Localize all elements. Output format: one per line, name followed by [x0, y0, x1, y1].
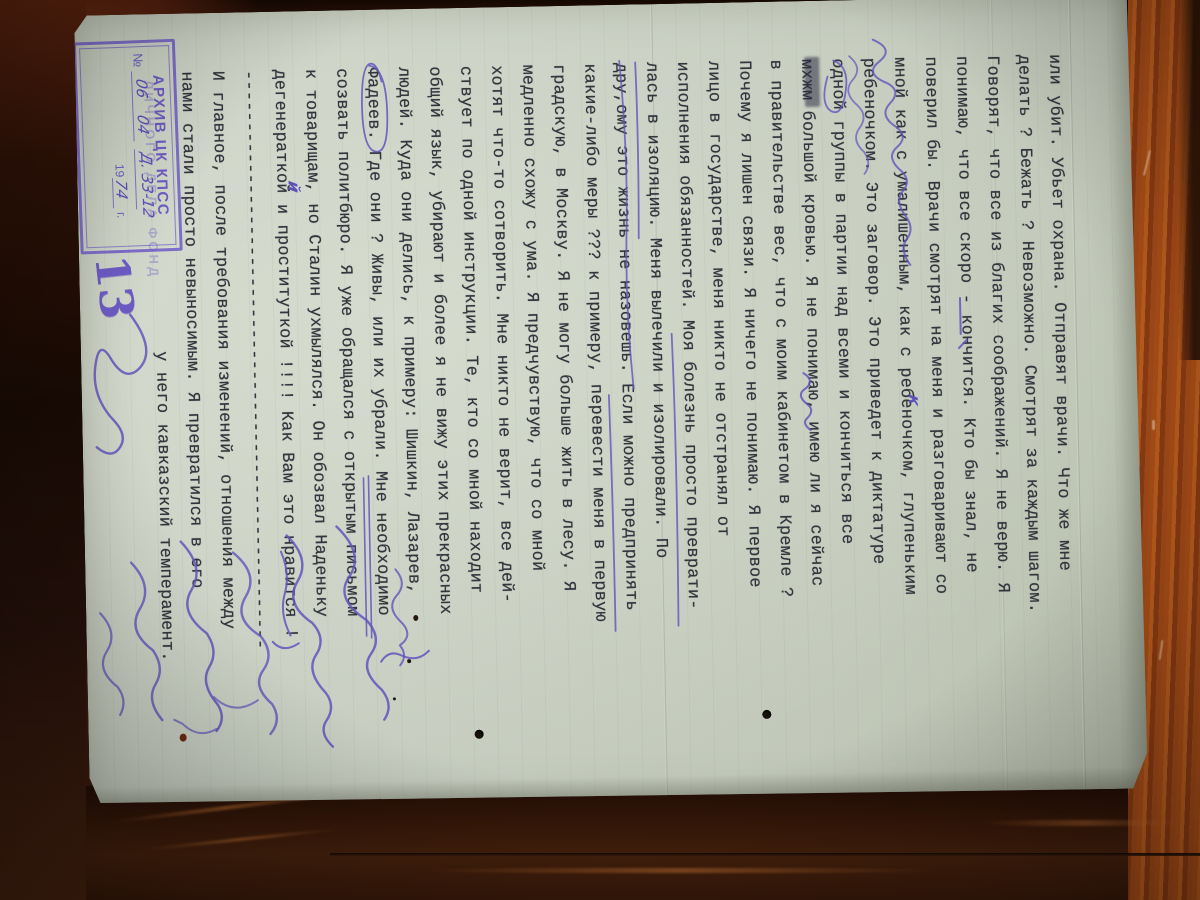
ink-underline [672, 334, 680, 626]
wood-grain-streak [420, 868, 940, 873]
paper-speck [393, 697, 396, 700]
cursive-scribble [100, 613, 124, 715]
plank-seam [330, 853, 1200, 856]
cursive-scribble [287, 535, 333, 748]
stamp-handwritten-day: 06 [132, 78, 151, 100]
wood-scratch [1152, 420, 1155, 430]
photograph-of-document: или убит. Убьет охрана. Отправят врачи. … [0, 0, 1200, 900]
handwritten-ink-overlay [74, 0, 1148, 810]
ink-double-underline [363, 476, 371, 638]
cursive-scribble [872, 39, 911, 266]
cursive-scribble [848, 56, 869, 174]
wood-grain-streak [980, 820, 1190, 826]
wood-plank-edge-shadow [1178, 0, 1200, 360]
archive-stamp-year-row: 19 74 г. [102, 54, 129, 241]
ink-circle-fadeev [361, 63, 388, 152]
archive-stamp: АРХИВ ЦК КПСС № 06 04 Д. 33-12 19 74 г. [73, 39, 183, 255]
ink-blot [180, 734, 187, 742]
ink-underline [609, 395, 616, 631]
stamp-year-prefix: 19 [112, 164, 126, 178]
document-sheet: или убит. Убьет охрана. Отправят врачи. … [74, 0, 1148, 810]
stamp-rule [112, 178, 128, 209]
ink-bracket [381, 651, 429, 662]
ink-underline [635, 62, 640, 238]
paper-speck [407, 659, 411, 663]
signature-scribble [94, 314, 149, 454]
archive-stamp-inner-border: АРХИВ ЦК КПСС № 06 04 Д. 33-12 19 74 г. [79, 45, 176, 248]
page-number-stamp: 13 [84, 252, 145, 321]
stamp-handwritten-number: Д. 33-12 [137, 151, 158, 219]
document-page-rotated-content: или убит. Убьет охрана. Отправят врачи. … [74, 0, 1148, 810]
wood-plank-bottom [0, 786, 1200, 900]
ink-strike [619, 61, 634, 389]
ink-correction-scribble [800, 373, 811, 430]
cursive-scribble [131, 562, 162, 721]
cursive-scribble [181, 541, 222, 732]
ink-mark [958, 298, 967, 348]
stamp-year-suffix: г. [114, 212, 128, 219]
wood-plank-left [0, 0, 86, 900]
ink-loop [824, 60, 847, 112]
archive-stamp-number-row: № 06 04 Д. 33-12 [125, 53, 152, 240]
stamp-handwritten-month: 04 [134, 113, 153, 135]
stamp-no-label: № [130, 53, 146, 68]
paper-speck [413, 615, 418, 621]
cursive-scribble [391, 569, 408, 665]
cursive-scribble [336, 526, 388, 721]
